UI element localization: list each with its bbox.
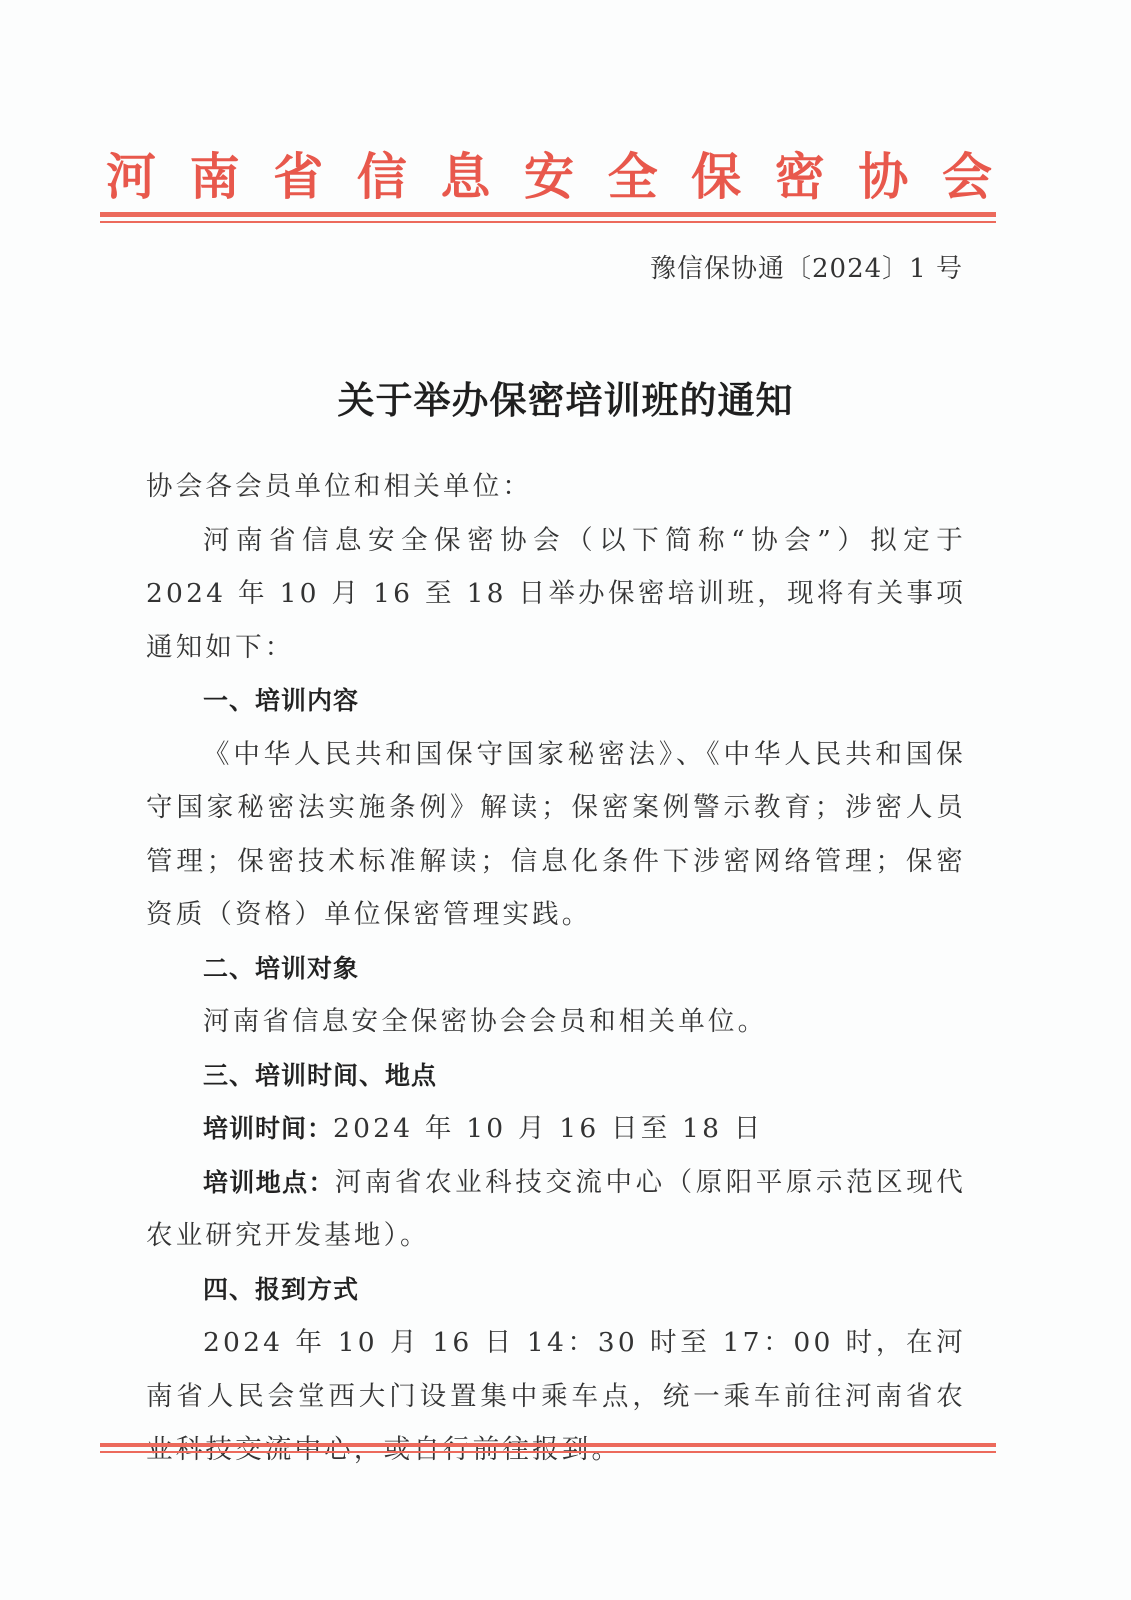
footer-rule-thick [100,1443,996,1447]
letterhead-char: 保 [689,137,743,209]
document-page: 河 南 省 信 息 安 全 保 密 协 会 豫信保协通〔2024〕1 号 关于举… [0,0,1131,1600]
letterhead-char: 密 [773,137,827,209]
section-heading-registration: 四、报到方式 [146,1263,966,1317]
letterhead-char: 信 [355,137,409,209]
section-audience-text: 河南省信息安全保密协会会员和相关单位。 [146,995,966,1049]
letterhead-char: 息 [438,137,492,209]
document-number: 豫信保协通〔2024〕1 号 [650,248,963,285]
intro-paragraph: 河南省信息安全保密协会（以下简称“协会”）拟定于 2024 年 10 月 16 … [146,514,966,675]
document-title: 关于举办保密培训班的通知 [0,370,1131,424]
training-time-value: 2024 年 10 月 16 日至 18 日 [333,1113,763,1144]
letterhead-char: 全 [606,137,660,209]
letterhead-char: 河 [104,137,158,209]
letterhead-char: 会 [940,137,994,209]
section-heading-audience: 二、培训对象 [146,942,966,996]
header-rule-thick [100,212,996,217]
salutation: 协会各会员单位和相关单位： [146,460,966,514]
training-place-line: 培训地点：河南省农业科技交流中心（原阳平原示范区现代农业研究开发基地）。 [146,1156,966,1263]
training-time-label: 培训时间： [203,1114,333,1143]
training-time-line: 培训时间：2024 年 10 月 16 日至 18 日 [146,1102,966,1156]
organization-letterhead: 河 南 省 信 息 安 全 保 密 协 会 [104,138,994,208]
section-content-text: 《中华人民共和国保守国家秘密法》、《中华人民共和国保守国家秘密法实施条例》解读；… [146,728,966,942]
letterhead-char: 省 [271,137,325,209]
letterhead-char: 南 [188,137,242,209]
section-heading-content: 一、培训内容 [146,674,966,728]
training-place-label: 培训地点： [203,1168,335,1197]
letterhead-char: 协 [856,137,910,209]
document-body: 协会各会员单位和相关单位： 河南省信息安全保密协会（以下简称“协会”）拟定于 2… [146,460,966,1477]
header-rule-thin [100,221,996,223]
footer-rule-thin [100,1451,996,1453]
letterhead-char: 安 [522,137,576,209]
section-heading-time-place: 三、培训时间、地点 [146,1049,966,1103]
